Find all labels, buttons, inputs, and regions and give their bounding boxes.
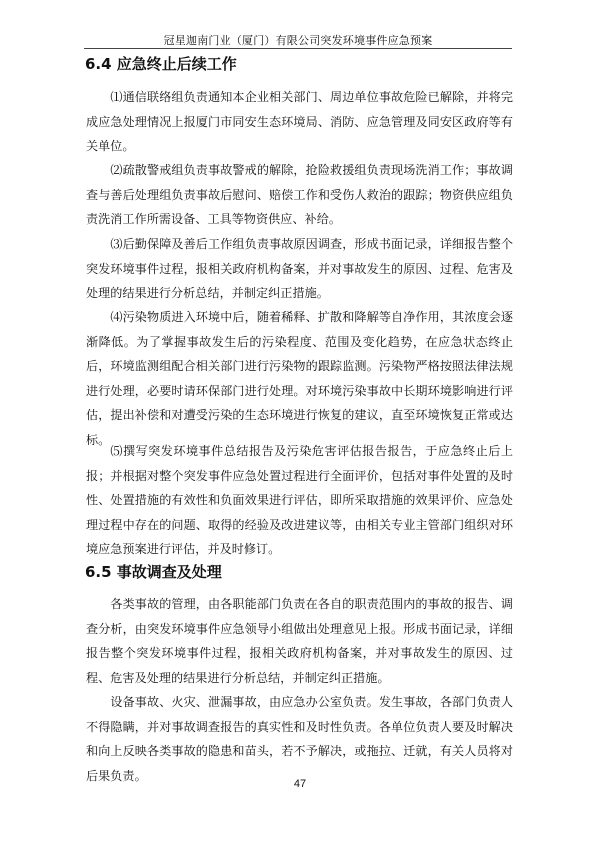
- paragraph: ⑵疏散警戒组负责事故警戒的解除，抢险救援组负责现场洗消工作；事故调查与善后处理组…: [86, 158, 513, 232]
- section-heading-6-5: 6.5 事故调查及处理: [85, 563, 222, 581]
- document-page: 冠星迦南门业（厦门）有限公司突发环境事件应急预案 6.4 应急终止后续工作 ⑴通…: [0, 0, 596, 843]
- paragraph: ⑴通信联络组负责通知本企业相关部门、周边单位事故危险已解除，并将完成应急处理情况…: [86, 85, 513, 159]
- section-heading-6-4: 6.4 应急终止后续工作: [85, 55, 237, 73]
- running-header: 冠星迦南门业（厦门）有限公司突发环境事件应急预案: [84, 34, 512, 47]
- paragraph: ⑸撰写突发环境事件总结报告及污染危害评估报告报告，于应急终止后上报；并根据对整个…: [86, 439, 513, 562]
- paragraph: 各类事故的管理，由各职能部门负责在各自的职责范围内的事故的报告、调查分析，由突发…: [86, 592, 513, 690]
- paragraph: 设备事故、火灾、泄漏事故，由应急办公室负责。发生事故，各部门负责人不得隐瞒，并对…: [86, 690, 513, 788]
- header-divider: [84, 48, 512, 49]
- paragraph: ⑷污染物质进入环境中后，随着稀释、扩散和降解等自净作用，其浓度会逐渐降低。为了掌…: [86, 305, 513, 452]
- page-number: 47: [280, 778, 320, 790]
- paragraph: ⑶后勤保障及善后工作组负责事故原因调查，形成书面记录，详细报告整个突发环境事件过…: [86, 232, 513, 306]
